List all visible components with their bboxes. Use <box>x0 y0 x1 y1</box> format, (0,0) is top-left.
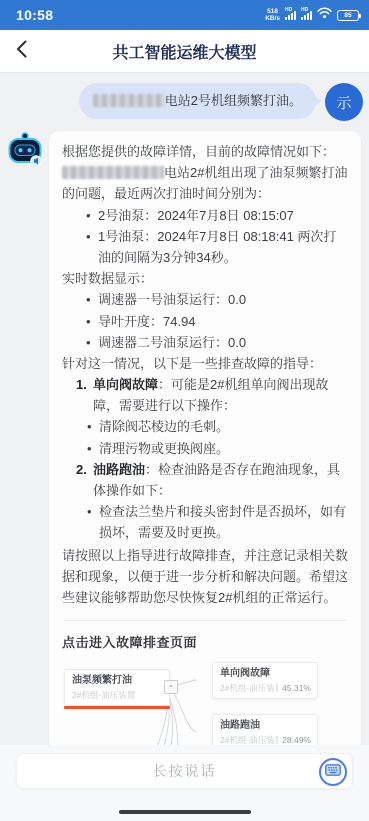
collapse-node-button[interactable]: - <box>164 680 178 694</box>
network-speed: 518 KB/s <box>265 8 280 22</box>
home-indicator[interactable] <box>119 810 251 814</box>
node-subtitle: 2#机组-油压装置 <box>72 689 135 701</box>
fault-tree-diagram[interactable]: 油泵频繁打油 2#机组-油压装置 - 单向阀故障 2#机组-油压装置 45.31… <box>62 659 348 745</box>
guidance-item: 油路跑油：检查油路是否存在跑油现象，具体操作如下： 检查法兰垫片和接头密封件是否… <box>76 459 348 544</box>
hd-volte-label: HD <box>285 7 292 13</box>
list-item: 清除阀芯棱边的毛刺。 <box>87 416 348 437</box>
bot-message-card: 根据您提供的故障详情，目前的故障情况如下： 电站2#机组出现了油泵频繁打油的问题… <box>49 131 361 745</box>
clock: 10:58 <box>16 7 53 23</box>
hold-to-talk-label: 长按说话 <box>153 761 217 781</box>
status-bar: 10:58 518 KB/s HD HD 85 <box>0 0 369 30</box>
redacted-station-name <box>93 94 165 107</box>
bot-paragraph-issue: 电站2#机组出现了油泵频繁打油的问题，最近两次打油时间分别为： <box>62 162 348 204</box>
battery-icon: 85 <box>337 10 359 21</box>
node-title: 油路跑油 <box>220 719 311 732</box>
pump-time-list: 2号油泵：2024年7月8日 08:15:07 1号油泵：2024年7月8日 0… <box>62 205 348 269</box>
network-speed-value: 518 <box>265 8 280 15</box>
hd-volte-label-2: HD <box>301 7 308 13</box>
signal-icon-sim1: HD <box>285 10 296 20</box>
guidance-label: 单向阀故障 <box>93 377 158 392</box>
bot-message-row: 根据您提供的故障详情，目前的故障情况如下： 电站2#机组出现了油泵频繁打油的问题… <box>0 131 369 745</box>
node-title: 油泵频繁打油 <box>72 674 163 687</box>
list-item: 2号油泵：2024年7月8日 08:15:07 <box>86 205 348 226</box>
wifi-icon <box>317 6 332 24</box>
back-button[interactable] <box>10 30 33 72</box>
node-subtitle: 2#机组-油压装置 <box>220 682 278 694</box>
card-divider <box>64 620 346 621</box>
nav-header: 共工智能运维大模型 <box>0 30 369 73</box>
user-avatar: 示 <box>325 83 363 121</box>
active-node-underline <box>64 706 170 709</box>
bot-paragraph-intro: 根据您提供的故障详情，目前的故障情况如下： <box>62 141 348 162</box>
node-probability: 45.31% <box>282 683 311 693</box>
status-icons: 518 KB/s HD HD 85 <box>265 6 359 24</box>
user-message-row: 电站2号机组频繁打油。 示 <box>0 83 369 131</box>
guidance-sublist: 检查法兰垫片和接头密封件是否损坏，如有损坏，需要及时更换。 <box>87 501 348 543</box>
list-item: 检查法兰垫片和接头密封件是否损坏，如有损坏，需要及时更换。 <box>87 501 348 543</box>
realtime-data-list: 调速器一号油泵运行：0.0 导叶开度：74.94 调速器二号油泵运行：0.0 <box>62 289 348 353</box>
keyboard-toggle-button[interactable] <box>319 758 347 786</box>
signal-icon-sim2: HD <box>301 10 312 20</box>
bubble-tail <box>313 95 322 107</box>
closing-paragraph: 请按照以上指导进行故障排查，并注意记录相关数据和现象，以便于进一步分析和解决问题… <box>62 545 348 609</box>
phone-screen: 10:58 518 KB/s HD HD 85 <box>0 0 369 821</box>
list-item: 1号油泵：2024年7月8日 08:18:41 两次打油的间隔为3分钟34秒。 <box>86 226 348 268</box>
list-item: 导叶开度：74.94 <box>86 311 348 332</box>
user-message-bubble: 电站2号机组频繁打油。 <box>79 83 316 119</box>
user-avatar-text: 示 <box>336 92 351 113</box>
guidance-item: 单向阀故障：可能是2#机组单向阀出现故障，需要进行以下操作： 清除阀芯棱边的毛刺… <box>76 374 348 459</box>
battery-percent: 85 <box>344 12 351 19</box>
bottom-input-bar: 长按说话 <box>0 745 369 821</box>
chat-area: 电站2号机组频繁打油。 示 根据您提供的故障 <box>0 73 369 745</box>
list-item: 调速器一号油泵运行：0.0 <box>86 289 348 310</box>
page-title: 共工智能运维大模型 <box>112 40 256 63</box>
robot-avatar-icon <box>6 131 44 169</box>
user-message-text: 电站2号机组频繁打油。 <box>165 93 302 108</box>
hold-to-talk-button[interactable]: 长按说话 <box>16 753 353 789</box>
node-title: 单向阀故障 <box>220 667 311 680</box>
redacted-station-name-2 <box>62 166 164 179</box>
child-fault-node-2[interactable]: 油路跑油 2#机组-油压装置 28.49% <box>212 714 318 745</box>
guidance-list: 单向阀故障：可能是2#机组单向阀出现故障，需要进行以下操作： 清除阀芯棱边的毛刺… <box>62 374 348 544</box>
guidance-intro: 针对这一情况，以下是一些排查故障的指导： <box>62 353 348 374</box>
child-fault-node-1[interactable]: 单向阀故障 2#机组-油压装置 45.31% <box>212 662 318 699</box>
root-fault-node[interactable]: 油泵频繁打油 2#机组-油压装置 <box>64 669 170 706</box>
node-probability: 28.49% <box>282 735 311 745</box>
node-subtitle: 2#机组-油压装置 <box>220 734 278 745</box>
list-item: 清理污物或更换阀座。 <box>87 438 348 459</box>
network-speed-unit: KB/s <box>265 15 280 22</box>
keyboard-icon <box>325 763 341 781</box>
chevron-left-icon <box>16 40 27 63</box>
troubleshoot-section-title: 点击进入故障排查页面 <box>62 632 348 651</box>
guidance-label: 油路跑油 <box>93 462 145 477</box>
realtime-data-label: 实时数据显示： <box>62 268 348 289</box>
guidance-sublist: 清除阀芯棱边的毛刺。 清理污物或更换阀座。 <box>87 416 348 458</box>
list-item: 调速器二号油泵运行：0.0 <box>86 332 348 353</box>
